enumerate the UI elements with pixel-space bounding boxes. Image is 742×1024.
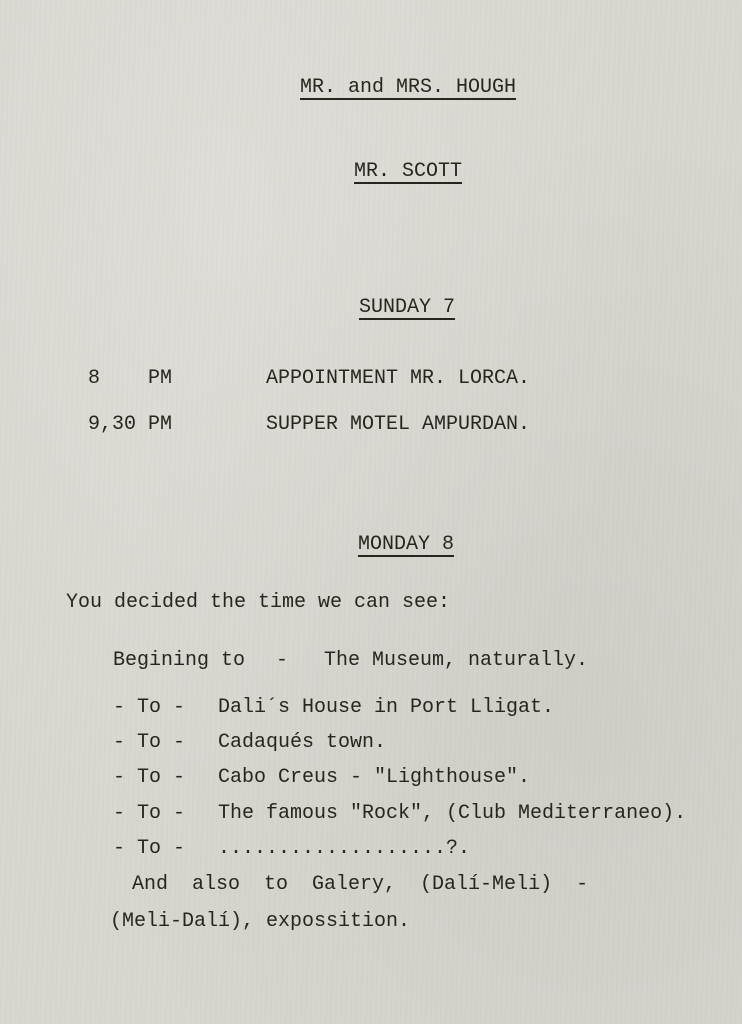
- first-destination: The Museum, naturally.: [324, 649, 588, 673]
- destination-prefix: - To -: [113, 696, 185, 720]
- guest2-heading: MR. SCOTT: [354, 160, 462, 184]
- destination: Cadaqués town.: [218, 731, 386, 755]
- event-description: SUPPER MOTEL AMPURDAN.: [266, 413, 530, 437]
- event-time: 9,30 PM: [88, 413, 172, 437]
- first-destination-prefix: Begining to: [113, 649, 245, 673]
- closing-line-2: (Meli-Dalí), expossition.: [110, 910, 410, 934]
- sunday-heading: SUNDAY 7: [359, 296, 455, 320]
- destination: Cabo Creus - "Lighthouse".: [218, 766, 530, 790]
- typewritten-itinerary-page: MR. and MRS. HOUGH MR. SCOTT SUNDAY 7 8 …: [0, 0, 742, 1024]
- destination-prefix: - To -: [113, 766, 185, 790]
- destination: The famous "Rock", (Club Mediterraneo).: [218, 802, 686, 826]
- event-description: APPOINTMENT MR. LORCA.: [266, 367, 530, 391]
- event-time: 8 PM: [88, 367, 172, 391]
- closing-line-1: And also to Galery, (Dalí-Meli) -: [132, 873, 588, 897]
- guests-heading: MR. and MRS. HOUGH: [300, 76, 516, 100]
- destination-prefix: - To -: [113, 731, 185, 755]
- destination-prefix: - To -: [113, 837, 185, 861]
- destination-blank: ...................?.: [218, 837, 470, 861]
- destination: Dali´s House in Port Lligat.: [218, 696, 554, 720]
- monday-intro: You decided the time we can see:: [66, 591, 450, 615]
- first-destination-dash: -: [276, 649, 288, 673]
- destination-prefix: - To -: [113, 802, 185, 826]
- monday-heading: MONDAY 8: [358, 533, 454, 557]
